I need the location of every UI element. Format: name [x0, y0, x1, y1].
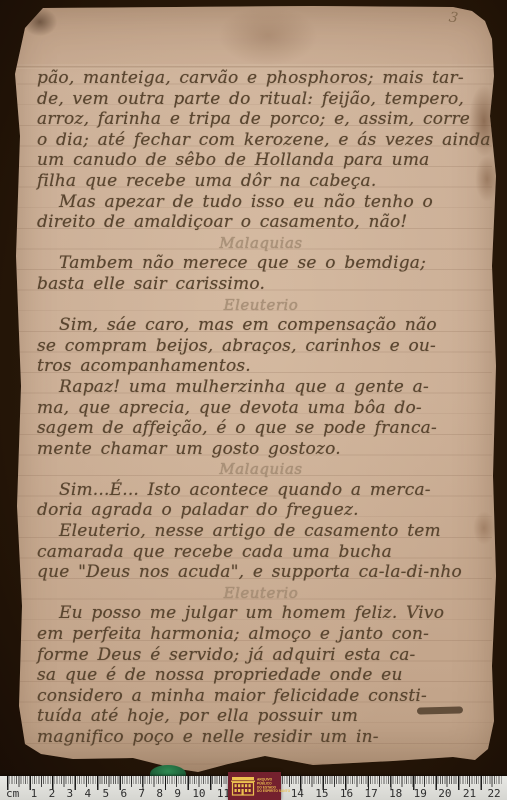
ruler-label: 15: [315, 788, 328, 800]
manuscript-line: Sim, sáe caro, mas em compensação não: [37, 315, 485, 336]
manuscript-line: arroz, farinha e tripa de porco; e, assi…: [37, 109, 485, 130]
manuscript-line: direito de amaldiçoar o casamento, não!: [37, 212, 485, 233]
ruler-label: 3: [67, 788, 74, 800]
manuscript-line: filha que recebe uma dôr na cabeça.: [37, 171, 485, 192]
manuscript-line: sagem de affeição, é o que se pode franc…: [37, 418, 485, 439]
manuscript-line: Sim...É... Isto acontece quando a merca-: [37, 480, 485, 501]
archive-stamp-text: ARQUIVO PÚBLICO DO ESTADO DO ESPÍRITO SA…: [257, 778, 290, 794]
paper-stain: [218, 6, 318, 66]
manuscript-line: Eu posso me julgar um homem feliz. Vivo: [37, 603, 485, 624]
ruler-label: 10: [192, 788, 205, 800]
ruler-label: 8: [156, 788, 163, 800]
paragraph: Eu posso me julgar um homem feliz. Vivo …: [37, 603, 485, 747]
archive-building-icon: [231, 776, 255, 796]
speaker-heading: Malaquias: [37, 459, 485, 480]
ink-blot: [417, 706, 463, 714]
manuscript-line: em perfeita harmonia; almoço e janto con…: [37, 624, 485, 645]
manuscript-line: magnifico poço e nelle residir um in-: [37, 727, 485, 748]
manuscript-line: camarada que recebe cada uma bucha: [37, 542, 485, 563]
manuscript-line: que "Deus nos acuda", e supporta ca-la-d…: [37, 562, 485, 583]
manuscript-paper: 3 pão, manteiga, carvão e phosphoros; ma…: [13, 6, 496, 776]
manuscript-line: ma, que aprecia, que devota uma bôa do-: [37, 398, 485, 419]
ruler-label: 9: [174, 788, 181, 800]
ruler-label: 4: [85, 788, 92, 800]
manuscript-line: sa que é de nossa propriedade onde eu: [37, 665, 485, 686]
ruler-label: 2: [49, 788, 56, 800]
manuscript-line: basta elle sair carissimo.: [37, 274, 485, 295]
paragraph: pão, manteiga, carvão e phosphoros; mais…: [37, 68, 485, 192]
manuscript-line: tros acompanhamentos.: [37, 356, 485, 377]
ruler-label: 19: [414, 788, 427, 800]
manuscript-line: Mas apezar de tudo isso eu não tenho o: [37, 192, 485, 213]
ruler-label: 20: [438, 788, 451, 800]
manuscript-line: pão, manteiga, carvão e phosphoros; mais…: [37, 68, 485, 89]
paper-stain: [23, 8, 57, 36]
ruler-label: 1: [31, 788, 38, 800]
ruler-label: 16: [340, 788, 353, 800]
speaker-heading: Malaquias: [37, 233, 485, 254]
manuscript-line: de, vem outra parte do ritual: feijão, t…: [37, 89, 485, 110]
speaker-heading: Eleuterio: [37, 583, 485, 604]
ruler-label: 7: [138, 788, 145, 800]
manuscript-text: pão, manteiga, carvão e phosphoros; mais…: [37, 68, 485, 748]
manuscript-line: um canudo de sêbo de Hollanda para uma: [37, 150, 485, 171]
ruler-label: 14: [291, 788, 304, 800]
ruler-label: 21: [463, 788, 476, 800]
manuscript-line: Tambem não merece que se o bemdiga;: [37, 253, 485, 274]
paragraph: Rapaz! uma mulherzinha que a gente a- ma…: [37, 377, 485, 459]
archive-stamp: ARQUIVO PÚBLICO DO ESTADO DO ESPÍRITO SA…: [228, 772, 281, 800]
speaker-heading: Eleuterio: [37, 295, 485, 316]
manuscript-line: considero a minha maior felicidade const…: [37, 686, 485, 707]
manuscript-line: se compram beijos, abraços, carinhos e o…: [37, 336, 485, 357]
paragraph: Sim...É... Isto acontece quando a merca-…: [37, 480, 485, 521]
ruler-label: 6: [120, 788, 127, 800]
manuscript-line: Eleuterio, nesse artigo de casamento tem: [37, 521, 485, 542]
paragraph: Sim, sáe caro, mas em compensação não se…: [37, 315, 485, 377]
manuscript-line: doria agrada o paladar do freguez.: [37, 500, 485, 521]
photographed-document-background: 3 pão, manteiga, carvão e phosphoros; ma…: [0, 0, 507, 800]
manuscript-line: forme Deus é servido; já adquiri esta ca…: [37, 645, 485, 666]
manuscript-line: o dia; até fechar com kerozene, e ás vez…: [37, 130, 485, 151]
paragraph: Mas apezar de tudo isso eu não tenho o d…: [37, 192, 485, 233]
paragraph: Eleuterio, nesse artigo de casamento tem…: [37, 521, 485, 583]
stamp-text-line: DO ESPÍRITO SANTO: [257, 790, 290, 794]
paragraph: Tambem não merece que se o bemdiga; bast…: [37, 253, 485, 294]
ruler-label: 18: [389, 788, 402, 800]
manuscript-line: mente chamar um gosto gostozo.: [37, 439, 485, 460]
ruler-label: 5: [102, 788, 109, 800]
ruler-label: cm: [6, 788, 19, 800]
ruler-label: 17: [364, 788, 377, 800]
manuscript-line: Rapaz! uma mulherzinha que a gente a-: [37, 377, 485, 398]
ruler-label: 22: [487, 788, 500, 800]
